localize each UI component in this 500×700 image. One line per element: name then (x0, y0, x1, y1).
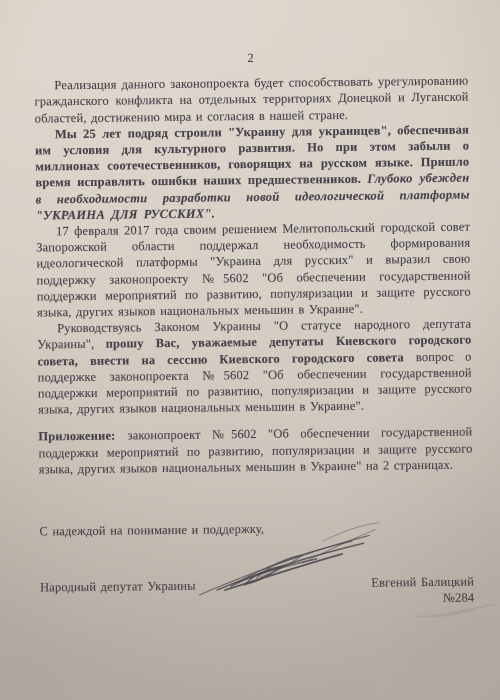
text-run: Приложение: (38, 429, 127, 444)
scanned-letter-page: 2 Реализация данного законопроекта будет… (0, 0, 500, 700)
document-body: Реализация данного законопроекта будет с… (34, 73, 473, 478)
paragraph: Руководствуясь Законом Украины "О статус… (37, 316, 472, 418)
paragraph: 17 февраля 2017 года своим решением Мели… (36, 219, 471, 321)
page-number: 2 (34, 48, 468, 69)
paragraph: Приложение: законопроект №5602 "Об обесп… (38, 424, 473, 478)
text-run: 17 февраля 2017 года своим решением Мели… (36, 220, 471, 320)
pencil-mark (408, 598, 498, 624)
handwritten-signature-icon (188, 504, 383, 602)
paragraph: Мы 25 лет подряд строили "Украину для ук… (35, 121, 470, 223)
paragraph: Реализация данного законопроекта будет с… (34, 73, 469, 127)
text-run: Реализация данного законопроекта будет с… (34, 74, 468, 125)
signatory-name: Евгений Балицкий (371, 575, 474, 592)
signatory-title: Народный депутат Украины (40, 578, 196, 596)
